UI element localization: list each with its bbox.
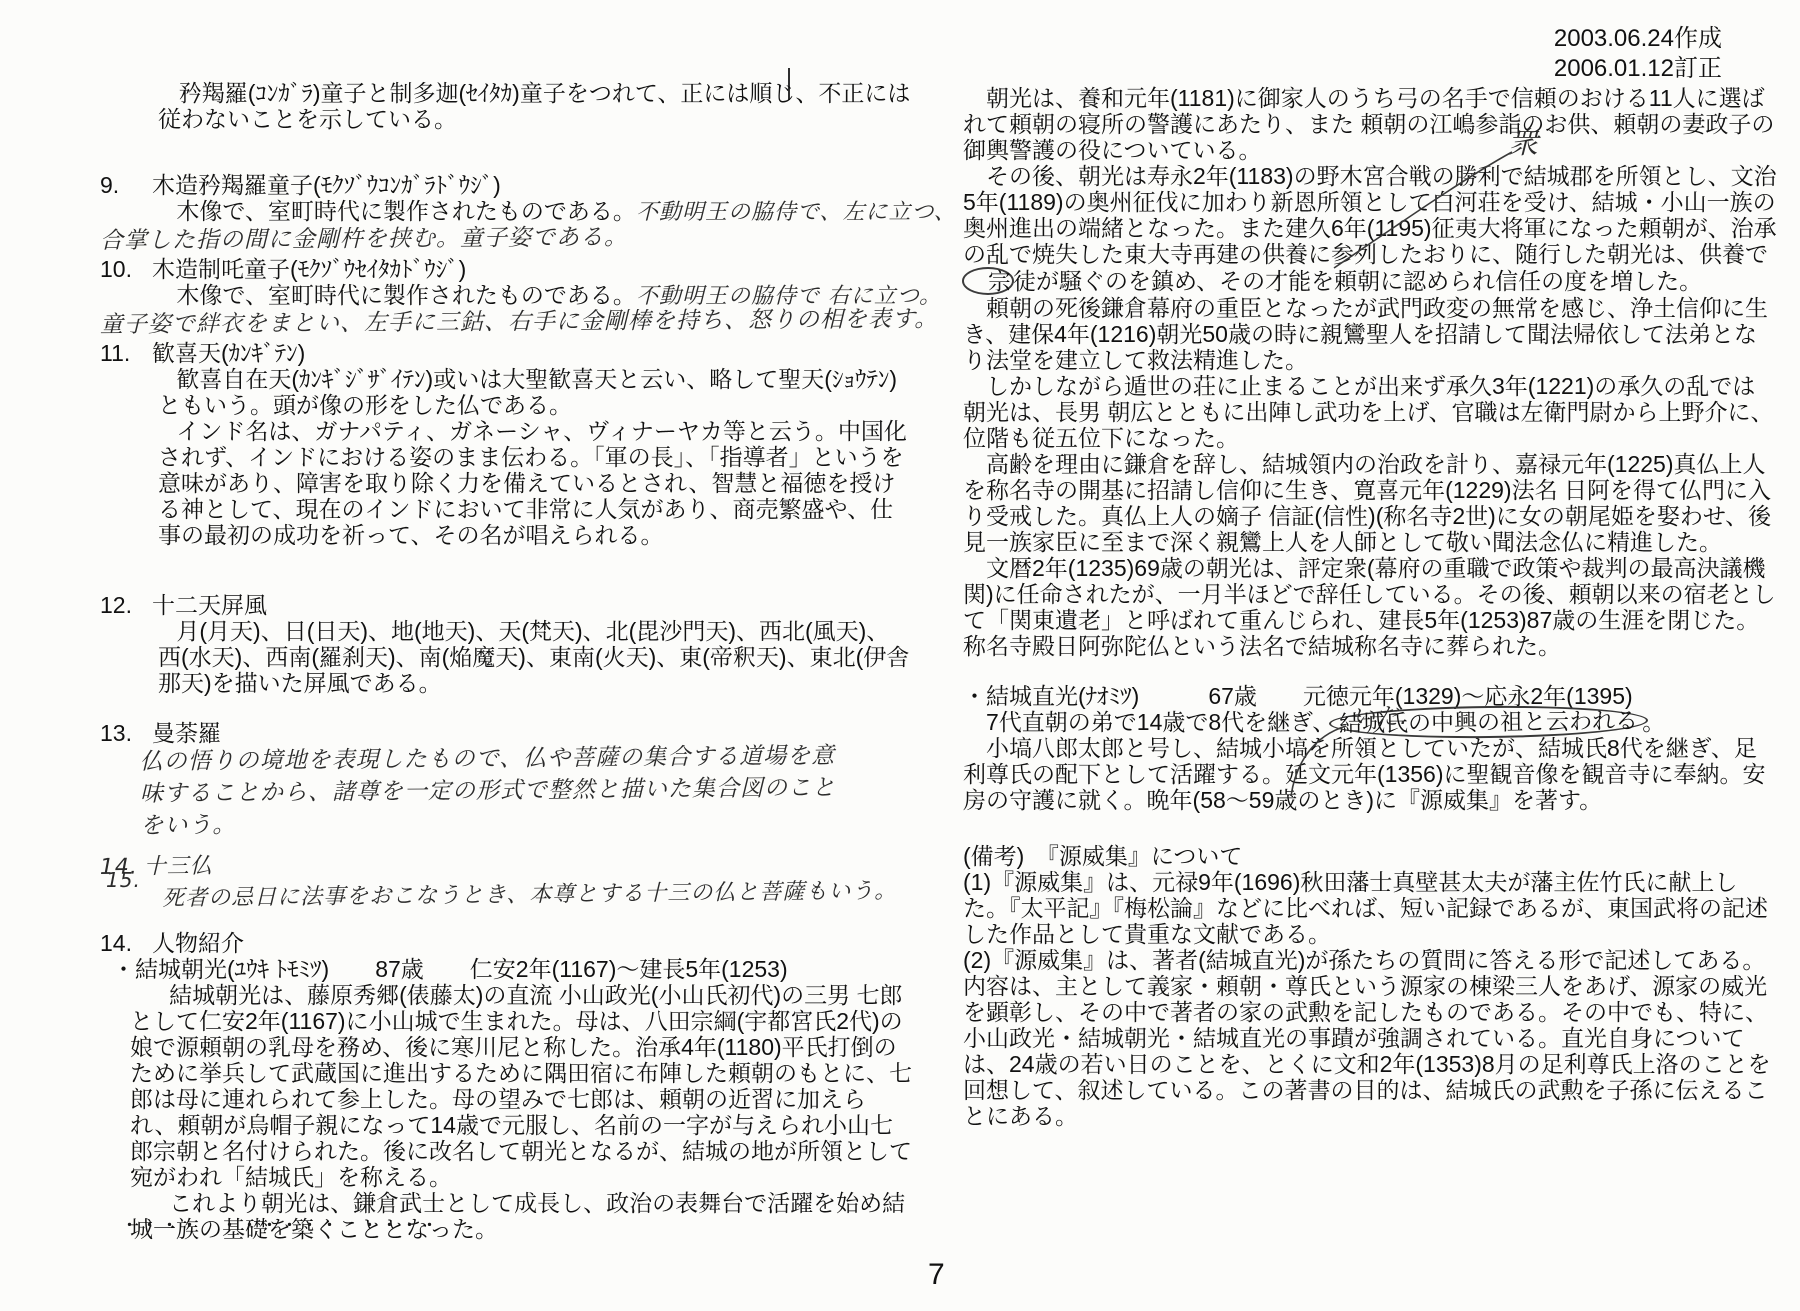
item-10-handnote-2: 童子姿で絆衣をまとい、左手に三鈷、右手に金剛棒を持ち、怒りの相を表す。: [100, 304, 912, 340]
left-column: 矜羯羅(ｺﾝｶﾞﾗ)童子と制多迦(ｾｲﾀｶ)童子をつれて、正には順じ、不正には従…: [100, 80, 912, 1242]
handwritten-ida-note: いだ.: [1352, 698, 1408, 731]
item-9-number: 9.: [100, 172, 152, 198]
item-14-number: 14.: [100, 930, 152, 956]
dotted-pen-marks: ・・・・ ・・・・・・ ・・・・: [122, 1214, 442, 1235]
right-para-5: 高齢を理由に鎌倉を辞し、結城領内の治政を計り、嘉禄元年(1225)真仏上人を称名…: [963, 451, 1778, 555]
spacer: [963, 813, 1778, 843]
item-9-body: 木像で、室町時代に製作されたものである。: [176, 198, 636, 224]
item-12-para: 月(月天)、日(日天)、地(地天)、天(梵天)、北(毘沙門天)、西北(風天)、西…: [158, 618, 912, 696]
handwritten-item-14-jusanbutsu: 14.十三仏 死者の忌日に法事をおこなうとき、本尊とする十三の仏と菩薩もいう。: [100, 843, 913, 915]
item-13-title: 曼荼羅: [152, 720, 221, 746]
item-13: 13.曼荼羅 仏の悟りの境地を表現したもので、仏や菩薩の集合する道場を意味するこ…: [100, 720, 912, 842]
item-11-title: 歓喜天(ｶﾝｷﾞﾃﾝ): [152, 340, 305, 366]
item-10-number: 10.: [100, 256, 152, 282]
biko-heading: (備考) 『源威集』について: [963, 843, 1778, 869]
hand-item-body: 死者の忌日に法事をおこなうとき、本尊とする十三の仏と菩薩もいう。: [162, 875, 912, 915]
created-date: 2003.06.24作成: [1554, 24, 1722, 54]
right-para-2-text-b: 徒が騒ぐのを鎮め、その才能を頼朝に認められ信任の度を増した。: [1013, 268, 1702, 294]
right-para-4: しかしながら遁世の荘に止まることが出来ず承久3年(1221)の承久の乱では朝光は…: [963, 373, 1778, 451]
item-10: 10.木造制吒童子(ﾓｸｿﾞｳｾｲﾀｶﾄﾞｳｼﾞ) 木像で、室町時代に製作された…: [100, 256, 912, 340]
right-para-3: 頼朝の死後鎌倉幕府の重臣となったが武門政変の無常を感じ、浄土信仰に生き、建保4年…: [963, 295, 1778, 373]
right-para-1: 朝光は、養和元年(1181)に御家人のうち弓の名手で信頼のおける11人に選ばれて…: [963, 85, 1778, 163]
spacer: [963, 659, 1778, 683]
item-11: 11.歓喜天(ｶﾝｷﾞﾃﾝ) 歓喜自在天(ｶﾝｷﾞｼﾞｻﾞｲﾃﾝ)或いは大聖歓喜…: [100, 340, 912, 548]
item-10-body: 木像で、室町時代に製作されたものである。: [176, 282, 636, 308]
spacer: [100, 132, 912, 172]
tomomitsu-heading: ・結城朝光(ﾕｳｷ ﾄﾓﾐﾂ) 87歳 仁安2年(1167)～建長5年(1253…: [112, 956, 912, 982]
handwritten-renumber-15: 15.: [106, 868, 141, 892]
hand-item-title: 十三仏: [144, 854, 213, 880]
item-12-title: 十二天屏風: [152, 592, 267, 618]
tomomitsu-para-1: 結城朝光は、藤原秀郷(俵藤太)の直流 小山政光(小山氏初代)の三男 七郎として仁…: [130, 982, 912, 1190]
biko-para-2: (2)『源威集』は、著者(結城直光)が孫たちの質問に答える形で記述してある。内容…: [963, 947, 1778, 1129]
right-para-2-text-a: その後、朝光は寿永2年(1183)の野木宮合戦の勝利で結城郡を所領とし、文治5年…: [963, 163, 1777, 267]
item-12-number: 12.: [100, 592, 152, 618]
handwritten-shu-character: 衆: [1508, 118, 1539, 162]
item-10-title: 木造制吒童子(ﾓｸｿﾞｳｾｲﾀｶﾄﾞｳｼﾞ): [152, 256, 466, 282]
item-11-para-1: 歓喜自在天(ｶﾝｷﾞｼﾞｻﾞｲﾃﾝ)或いは大聖歓喜天と云い、略して聖天(ｼｮｳﾃ…: [158, 366, 912, 418]
item-13-number: 13.: [100, 720, 152, 746]
intro-paragraph: 矜羯羅(ｺﾝｶﾞﾗ)童子と制多迦(ｾｲﾀｶ)童子をつれて、正には順じ、不正には従…: [158, 80, 912, 132]
circled-character: 宗: [962, 267, 1014, 295]
revised-date: 2006.01.12訂正: [1554, 54, 1722, 84]
naomitsu-line-1-text: 7代直朝の弟で14歳で8代を継ぎ、: [963, 709, 1335, 735]
item-11-number: 11.: [100, 340, 152, 366]
item-11-para-2: インド名は、ガナパティ、ガネーシャ、ヴィナーヤカ等と云う。中国化されず、インドに…: [158, 418, 912, 548]
item-14-jinbutsu: 14.人物紹介 ・結城朝光(ﾕｳｷ ﾄﾓﾐﾂ) 87歳 仁安2年(1167)～建…: [100, 930, 912, 1242]
page-number: 7: [928, 1258, 945, 1292]
item-9: 9.木造矜羯羅童子(ﾓｸｿﾞｳｺﾝｶﾞﾗﾄﾞｳｼﾞ) 木像で、室町時代に製作され…: [100, 172, 912, 256]
spacer: [100, 696, 912, 720]
naomitsu-para-2: 小塙八郎太郎と号し、結城小塙を所領としていたが、結城氏8代を継ぎ、足利尊氏の配下…: [963, 735, 1778, 813]
item-12: 12.十二天屏風 月(月天)、日(日天)、地(地天)、天(梵天)、北(毘沙門天)…: [100, 592, 912, 696]
item-9-handnote-2: 合掌した指の間に金剛杵を挟む。童子姿である。: [100, 220, 912, 256]
item-9-title: 木造矜羯羅童子(ﾓｸｿﾞｳｺﾝｶﾞﾗﾄﾞｳｼﾞ): [152, 172, 501, 198]
right-column: 朝光は、養和元年(1181)に御家人のうち弓の名手で信頼のおける11人に選ばれて…: [963, 85, 1778, 1129]
right-para-6: 文暦2年(1235)69歳の朝光は、評定衆(幕府の重職で政策や裁判の最高決議機関…: [963, 555, 1778, 659]
biko-para-1: (1)『源威集』は、元禄9年(1696)秋田藩士真壁甚太夫が藩主佐竹氏に献上した…: [963, 869, 1778, 947]
header-dates: 2003.06.24作成 2006.01.12訂正: [1554, 24, 1722, 84]
item-14-title: 人物紹介: [152, 930, 244, 956]
spacer: [100, 548, 912, 592]
item-13-handnote: 仏の悟りの境地を表現したもので、仏や菩薩の集合する道場を意味することから、諸尊を…: [140, 740, 841, 842]
right-para-2: その後、朝光は寿永2年(1183)の野木宮合戦の勝利で結城郡を所領とし、文治5年…: [963, 163, 1778, 295]
spacer: [100, 916, 912, 930]
